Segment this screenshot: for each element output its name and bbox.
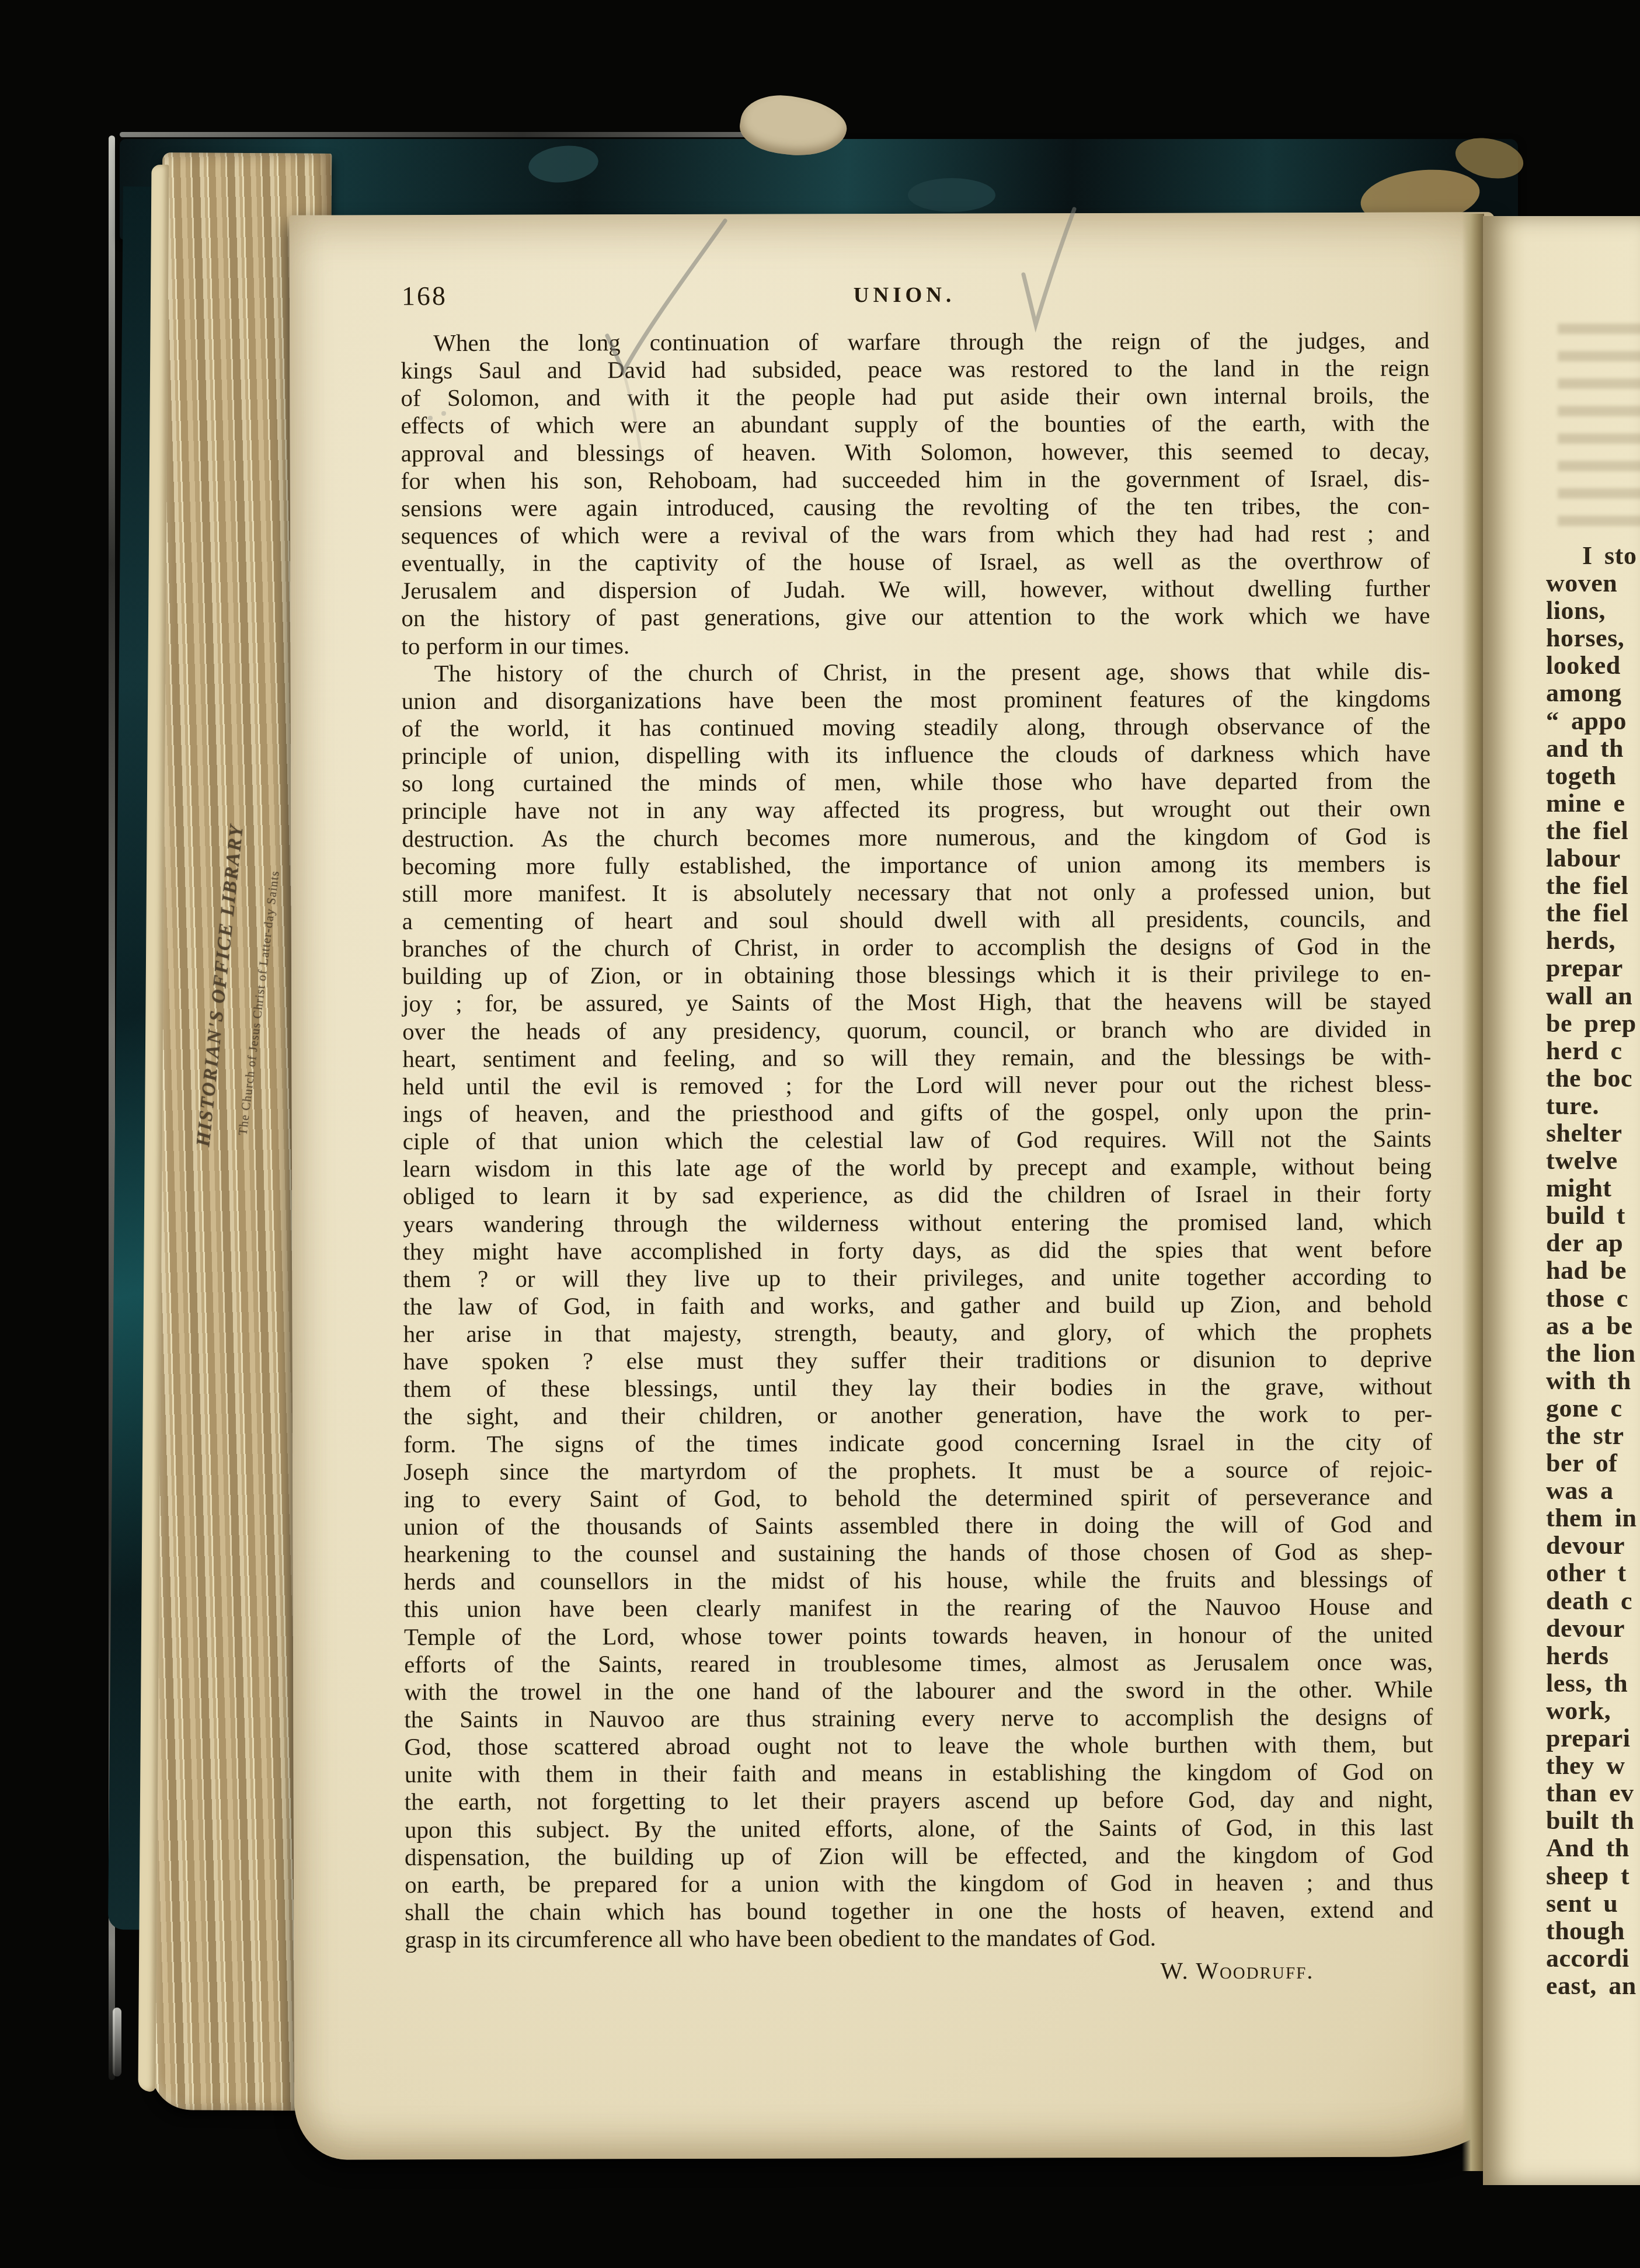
facing-page-text-line: woven [1546, 569, 1640, 597]
text-line: have spoken ? else must they suffer thei… [403, 1345, 1432, 1376]
text-line: branches of the church of Christ, in ord… [402, 933, 1431, 963]
text-line: efforts of the Saints, reared in trouble… [404, 1648, 1433, 1678]
facing-page-text-line: them in [1546, 1504, 1640, 1532]
text-line: union of the thousands of Saints assembl… [403, 1511, 1432, 1541]
facing-page-text-line: those c [1546, 1285, 1640, 1312]
text-line: upon this subject. By the united efforts… [405, 1813, 1433, 1843]
facing-page-text-line: And th [1546, 1834, 1640, 1862]
facing-page-text-line: the lion [1546, 1340, 1640, 1367]
left-page: 168 UNION. When the long continuation of… [290, 212, 1500, 2159]
facing-page-text-line: work, [1546, 1697, 1640, 1724]
text-line: sequences of which were a revival of the… [401, 520, 1430, 550]
text-line: this union have been clearly manifest in… [404, 1593, 1433, 1623]
text-line: still more manifest. It is absolutely ne… [402, 877, 1431, 907]
paragraph-1: When the long continuation of warfare th… [401, 327, 1430, 660]
author-signature: W. Woodruff. [405, 1956, 1433, 1987]
text-line: kings Saul and David had subsided, peace… [401, 354, 1429, 385]
facing-page-text-line: herds [1546, 1642, 1640, 1669]
facing-page-text-line: herds, [1546, 927, 1640, 954]
text-line: grasp in its circumference all who have … [405, 1923, 1433, 1954]
facing-page-text-line: the fiel [1546, 872, 1640, 899]
facing-page-text-line: and th [1546, 735, 1640, 762]
text-line: for when his son, Rehoboam, had succeede… [401, 464, 1430, 495]
show-through-text [1558, 314, 1640, 536]
facing-page-text-line: prepar [1546, 954, 1640, 982]
facing-page-text-line: herd c [1546, 1037, 1640, 1065]
glass-edge-reflection-bottom [113, 2008, 121, 2076]
facing-page-text-line: devour [1546, 1532, 1640, 1559]
facing-page-text-line: the fiel [1546, 817, 1640, 844]
facing-page-text-line: less, th [1546, 1669, 1640, 1697]
facing-page-text-line: was a [1546, 1477, 1640, 1504]
text-line: When the long continuation of warfare th… [401, 327, 1429, 357]
facing-page-text-line: der ap [1546, 1229, 1640, 1257]
text-line: ings of heaven, and the priesthood and g… [403, 1098, 1432, 1128]
text-line: years wandering through the wilderness w… [403, 1208, 1432, 1238]
text-line: heart, sentiment and feeling, and so wil… [402, 1042, 1431, 1073]
text-line: effects of which were an abundant supply… [401, 409, 1430, 440]
facing-page-text-line: sheep t [1546, 1862, 1640, 1890]
facing-page-text-line: the str [1546, 1422, 1640, 1449]
facing-page-text-line: might [1546, 1174, 1640, 1202]
text-line: held until the evil is removed ; for the… [402, 1070, 1431, 1100]
facing-page-text-line: mine e [1546, 789, 1640, 817]
facing-page-text-line: they w [1546, 1752, 1640, 1779]
facing-page-text-line: though [1546, 1917, 1640, 1945]
facing-page-text-line: devour [1546, 1615, 1640, 1642]
cover-marble-patch [908, 178, 995, 212]
facing-page-text-line: build t [1546, 1202, 1640, 1229]
facing-page-text: I stowovenlions,horses,lookedamong“ appo… [1546, 542, 1640, 1999]
text-line: so long curtained the minds of men, whil… [402, 767, 1430, 798]
text-line: learn wisdom in this late age of the wor… [403, 1153, 1432, 1183]
text-line: Joseph since the martyrdom of the prophe… [403, 1455, 1432, 1486]
running-header: UNION. [401, 281, 1408, 309]
text-line: the sight, and their children, or anothe… [403, 1400, 1432, 1431]
text-line: shall the chain which has bound together… [405, 1896, 1433, 1926]
facing-page-text-line: with th [1546, 1367, 1640, 1394]
facing-page-text-line: I sto [1546, 542, 1640, 569]
facing-page-text-line: be prep [1546, 1010, 1640, 1037]
text-line: of Solomon, and with it the people had p… [401, 382, 1429, 412]
text-line: ing to every Saint of God, to behold the… [403, 1483, 1432, 1513]
text-line: over the heads of any presidency, quorum… [402, 1015, 1431, 1045]
text-line: union and disorganizations have been the… [402, 684, 1430, 715]
facing-page-text-line: built th [1546, 1807, 1640, 1834]
page-text-block: When the long continuation of warfare th… [401, 327, 1433, 1987]
facing-page-sliver: I stowovenlions,horses,lookedamong“ appo… [1483, 216, 1640, 2185]
text-line: destruction. As the church becomes more … [402, 822, 1430, 853]
facing-page-text-line: among [1546, 679, 1640, 707]
text-line: Temple of the Lord, whose tower points t… [404, 1620, 1433, 1651]
text-line: ciple of that union which the celestial … [403, 1125, 1432, 1156]
facing-page-text-line: as a be [1546, 1312, 1640, 1340]
text-line: principle of union, dispelling with its … [402, 740, 1430, 770]
facing-page-text-line: sent u [1546, 1890, 1640, 1917]
text-line: the earth, not forgetting to let their p… [405, 1786, 1433, 1816]
text-line: becoming more fully established, the imp… [402, 850, 1431, 880]
facing-page-text-line: ture. [1546, 1092, 1640, 1119]
text-line: of the world, it has continued moving st… [402, 712, 1430, 743]
facing-page-text-line: togeth [1546, 762, 1640, 789]
facing-page-text-line: accordi [1546, 1945, 1640, 1972]
text-line: they might have accomplished in forty da… [403, 1235, 1432, 1265]
facing-page-text-line: other t [1546, 1559, 1640, 1587]
text-line: unite with them in their faith and means… [405, 1758, 1433, 1789]
paragraph-2: The history of the church of Christ, in … [402, 657, 1434, 1953]
text-line: sensions were again introduced, causing … [401, 492, 1430, 522]
text-line: joy ; for, be assured, ye Saints of the … [402, 987, 1431, 1018]
facing-page-text-line: twelve [1546, 1147, 1640, 1174]
facing-page-text-line: wall an [1546, 982, 1640, 1010]
text-line: building up of Zion, or in obtaining tho… [402, 960, 1431, 990]
facing-page-text-line: ber of [1546, 1449, 1640, 1477]
text-line: obliged to learn it by sad experience, a… [403, 1180, 1432, 1210]
text-line: herds and counsellors in the midst of hi… [404, 1566, 1433, 1596]
facing-page-text-line: the boc [1546, 1065, 1640, 1092]
facing-page-text-line: labour [1546, 844, 1640, 872]
text-line: eventually, in the captivity of the hous… [401, 547, 1430, 578]
facing-page-text-line: lions, [1546, 597, 1640, 624]
text-line: to perform in our times. [402, 629, 1430, 660]
text-line: Jerusalem and dispersion of Judah. We wi… [401, 575, 1430, 605]
text-line: the law of God, in faith and works, and … [403, 1290, 1432, 1321]
text-line: with the trowel in the one hand of the l… [404, 1675, 1433, 1706]
text-line: on earth, be prepared for a union with t… [405, 1868, 1433, 1898]
facing-page-text-line: shelter [1546, 1119, 1640, 1147]
facing-page-text-line: than ev [1546, 1779, 1640, 1807]
text-line: hearkening to the counsel and sustaining… [404, 1538, 1433, 1568]
text-line: principle have not in any way affected i… [402, 795, 1430, 825]
text-line: them ? or will they live up to their pri… [403, 1262, 1432, 1293]
photograph-of-open-book: HISTORIAN'S OFFICE LIBRARY The Church of… [0, 0, 1640, 2268]
facing-page-text-line: death c [1546, 1587, 1640, 1615]
text-line: on the history of past generations, give… [401, 602, 1430, 632]
facing-page-text-line: horses, [1546, 624, 1640, 652]
text-line: The history of the church of Christ, in … [402, 657, 1430, 687]
facing-page-text-line: east, an [1546, 1972, 1640, 1999]
facing-page-text-line: prepari [1546, 1724, 1640, 1752]
book-gutter-crease [1462, 214, 1484, 2171]
text-line: her arise in that majesty, strength, bea… [403, 1318, 1432, 1348]
text-line: form. The signs of the times indicate go… [403, 1428, 1432, 1458]
text-line: them of these blessings, until they lay … [403, 1373, 1432, 1403]
text-line: approval and blessings of heaven. With S… [401, 437, 1430, 467]
facing-page-text-line: gone c [1546, 1394, 1640, 1422]
facing-page-text-line: had be [1546, 1257, 1640, 1284]
glass-edge-reflection-top [120, 132, 791, 137]
facing-page-text-line: looked [1546, 652, 1640, 679]
text-line: dispensation, the building up of Zion wi… [405, 1841, 1433, 1871]
facing-page-text-line: “ appo [1546, 707, 1640, 735]
text-line: a cementing of heart and soul should dwe… [402, 905, 1431, 935]
text-line: the Saints in Nauvoo are thus straining … [404, 1703, 1433, 1734]
facing-page-text-line: the fiel [1546, 899, 1640, 927]
text-line: God, those scattered abroad ought not to… [404, 1731, 1433, 1761]
